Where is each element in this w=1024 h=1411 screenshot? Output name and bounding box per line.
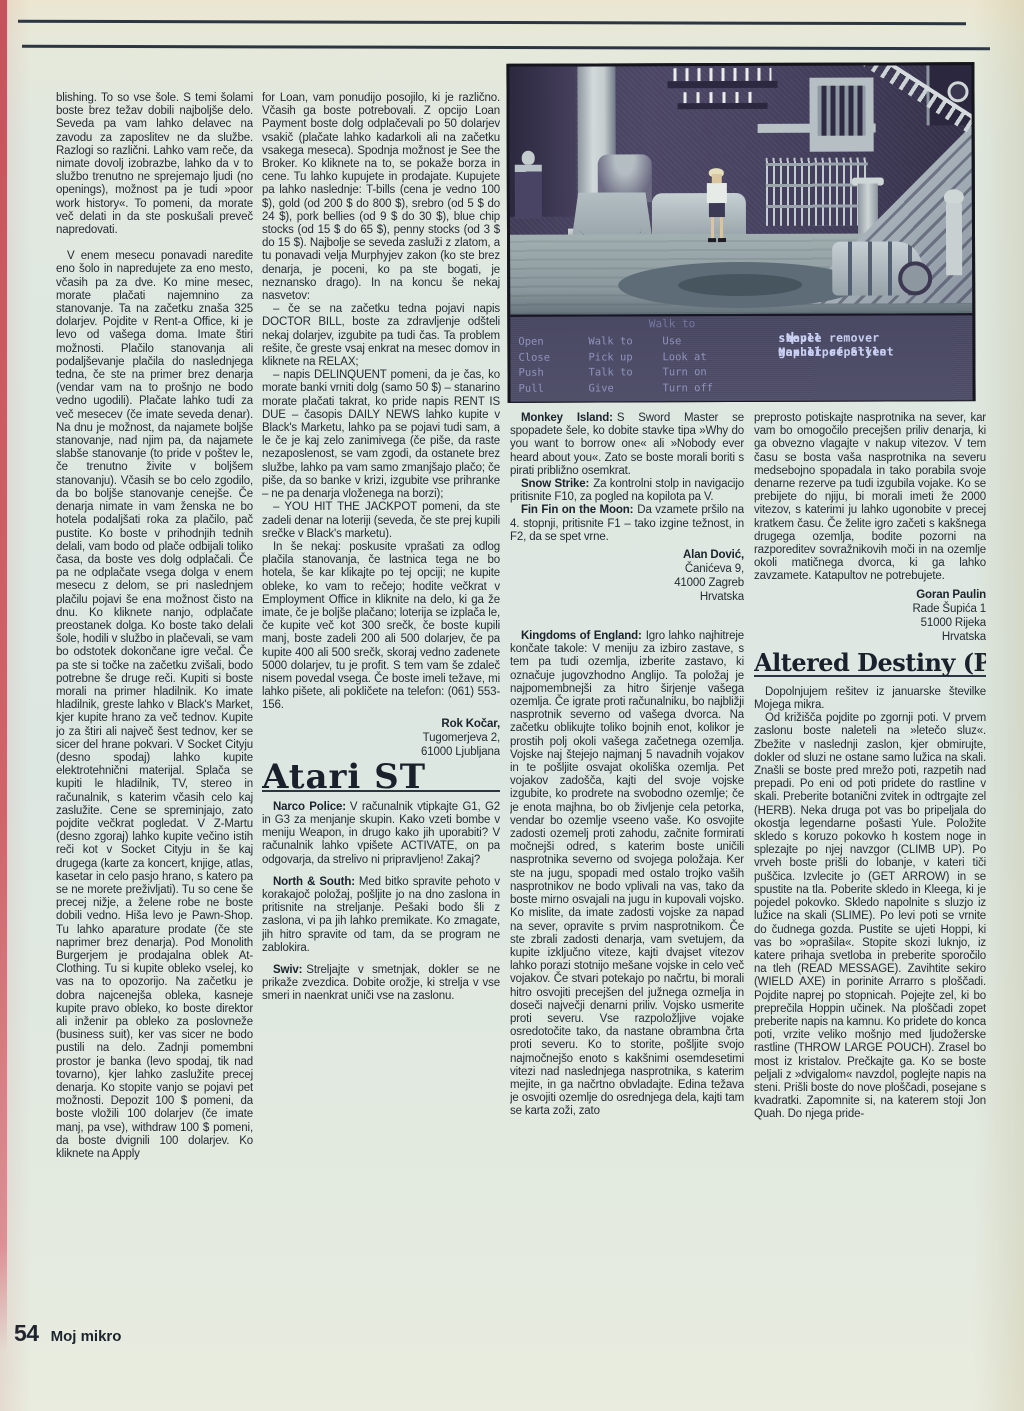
body-paragraph: blishing. To so vse šole. S temi šolami … xyxy=(56,92,253,237)
side-table xyxy=(515,165,542,219)
game-tip-label: Snow Strike: xyxy=(521,478,589,490)
character-shoes xyxy=(708,238,716,242)
top-rule-lower xyxy=(22,45,990,51)
game-tip-label: Fin Fin on the Moon: xyxy=(521,504,633,516)
game-tip-label: Swiv: xyxy=(273,964,302,976)
body-paragraph: Dopolnjujem rešitev iz januarske številk… xyxy=(754,686,986,712)
verb-grid: Open Close Push Pull Walk to Pick up Tal… xyxy=(518,334,768,399)
game-tip-label: Monkey Island: xyxy=(521,412,613,424)
column-4: preprosto potiskajte nasprotnika na seve… xyxy=(754,412,986,1407)
scumm-verb-panel: Walk to Open Close Push Pull Walk to Pic… xyxy=(510,313,972,402)
inventory-list: shovel staple remover Manual of Style wa… xyxy=(778,331,968,345)
author-city: 51000 Rijeka xyxy=(754,616,986,630)
author-street: Čanićeva 9, xyxy=(510,562,744,576)
verb-push: Push xyxy=(518,366,590,382)
author-city: 41000 Zagreb xyxy=(510,576,744,590)
author-address: Rok Kočar, Tugomerjeva 2, 61000 Ljubljan… xyxy=(262,717,500,759)
page-number: 54 xyxy=(14,1320,39,1346)
author-address: Alan Dović, Čanićeva 9, 41000 Zagreb Hrv… xyxy=(510,548,744,604)
sofa xyxy=(652,193,746,237)
verb-column: Use Look at Turn on Turn off xyxy=(662,334,750,396)
verb-column: Open Close Push Pull xyxy=(518,335,590,397)
author-street: Rade Šupića 1 xyxy=(754,602,986,616)
body-paragraph: for Loan, vam ponudijo posojilo, ki je r… xyxy=(262,92,500,303)
sentence-line: Walk to xyxy=(510,317,833,331)
monkey-island-screenshot: Walk to Open Close Push Pull Walk to Pic… xyxy=(506,62,975,403)
guybrush-character xyxy=(704,168,730,244)
candle-row xyxy=(684,92,762,103)
verb-close: Close xyxy=(518,350,590,366)
character-shorts xyxy=(709,203,725,217)
verb-pull: Pull xyxy=(519,381,591,397)
game-tip: Swiv:Streljajte v smetnjak, dokler se ne… xyxy=(262,964,500,1004)
verb-talk-to: Talk to xyxy=(588,365,660,381)
game-tip: Narco Police:V računalnik vtipkajte G1, … xyxy=(262,801,500,867)
game-scene xyxy=(509,65,972,315)
bullet-paragraph: – če se na začetku tedna pojavi napis DO… xyxy=(262,303,500,369)
page-edge-red-strip xyxy=(0,0,7,1352)
game-tip-label: Kingdoms of England: xyxy=(521,630,642,642)
wall-clock xyxy=(947,81,968,102)
game-tip: Monkey Island:S Sword Master se spopadet… xyxy=(510,412,744,478)
chandelier xyxy=(667,68,777,132)
author-name: Rok Kočar, xyxy=(262,717,500,731)
organ xyxy=(809,78,873,152)
verb-column: Walk to Pick up Talk to Give xyxy=(588,334,660,396)
column-2: for Loan, vam ponudijo posojilo, ki je r… xyxy=(262,92,500,1387)
body-paragraph: preprosto potiskajte nasprotnika na seve… xyxy=(754,412,986,584)
verb-turn-on: Turn on xyxy=(662,365,750,381)
crosshair-cursor-icon xyxy=(786,332,798,344)
chandelier-beam xyxy=(678,103,768,109)
newel-post xyxy=(946,203,962,275)
bottom-scan-edge xyxy=(6,1397,1024,1411)
author-name: Alan Dović, xyxy=(510,548,744,562)
verb-open: Open xyxy=(518,335,590,351)
author-country: Hrvatska xyxy=(510,590,744,604)
author-name: Goran Paulin xyxy=(754,588,986,602)
magazine-page: Walk to Open Close Push Pull Walk to Pic… xyxy=(0,0,1024,1411)
character-head xyxy=(712,174,722,183)
verb-walk-to: Walk to xyxy=(588,334,660,350)
bullet-paragraph: – napis DELINQUENT pomeni, da je čas, ko… xyxy=(262,369,500,501)
verb-give: Give xyxy=(589,381,661,397)
game-tip: Snow Strike:Za kontrolni stolp in naviga… xyxy=(510,478,744,504)
verb-look-at: Look at xyxy=(662,349,750,365)
game-tip: North & South:Med bitko spravite pehoto … xyxy=(262,876,500,955)
inventory-item: staple remover xyxy=(778,331,968,345)
game-tip: Fin Fin on the Moon:Da vzamete pršilo na… xyxy=(510,504,744,544)
body-paragraph: V enem mesecu ponavadi naredite eno šolo… xyxy=(56,250,253,1161)
author-street: Tugomerjeva 2, xyxy=(262,731,500,745)
organ-pipes xyxy=(817,86,865,136)
verb-turn-off: Turn off xyxy=(663,380,751,396)
verb-pick-up: Pick up xyxy=(588,350,660,366)
vase xyxy=(522,151,535,165)
body-paragraph: Od križišča pojdite po zgornji poti. V p… xyxy=(754,712,986,1121)
game-tip-text: Igro lahko najhitreje končate takole: V … xyxy=(510,630,744,1117)
character-shirt xyxy=(707,183,727,203)
verb-use: Use xyxy=(662,334,750,350)
author-country: Hrvatska xyxy=(754,630,986,644)
section-heading-atari-st: Atari ST xyxy=(262,771,500,784)
rug-center xyxy=(678,274,802,296)
trunk-wheel xyxy=(898,261,932,295)
bullet-paragraph: – YOU HIT THE JACKPOT pomeni, da ste zad… xyxy=(262,501,500,541)
column-1: blishing. To so vse šole. S temi šolami … xyxy=(56,92,253,1317)
magazine-name: Moj mikro xyxy=(51,1328,122,1345)
column-3: Monkey Island:S Sword Master se spopadet… xyxy=(510,412,744,1387)
game-tip-label: North & South: xyxy=(273,876,355,888)
game-tip-label: Narco Police: xyxy=(273,801,346,813)
section-heading-altered-destiny: Altered Destiny (PC) xyxy=(754,656,986,669)
candle-row xyxy=(673,68,771,81)
top-rule-upper xyxy=(18,20,966,25)
chandelier-beam xyxy=(667,81,777,88)
body-paragraph: In še nekaj: poskusite vprašati za odlog… xyxy=(262,541,500,713)
game-tip: Kingdoms of England:Igro lahko najhitrej… xyxy=(510,630,744,1119)
bookshelf xyxy=(766,158,868,226)
inventory-item-label: gopher repellent xyxy=(778,345,894,359)
character-legs xyxy=(711,217,714,238)
author-address: Goran Paulin Rade Šupića 1 51000 Rijeka … xyxy=(754,588,986,644)
page-footer: 54Moj mikro xyxy=(14,1320,121,1347)
